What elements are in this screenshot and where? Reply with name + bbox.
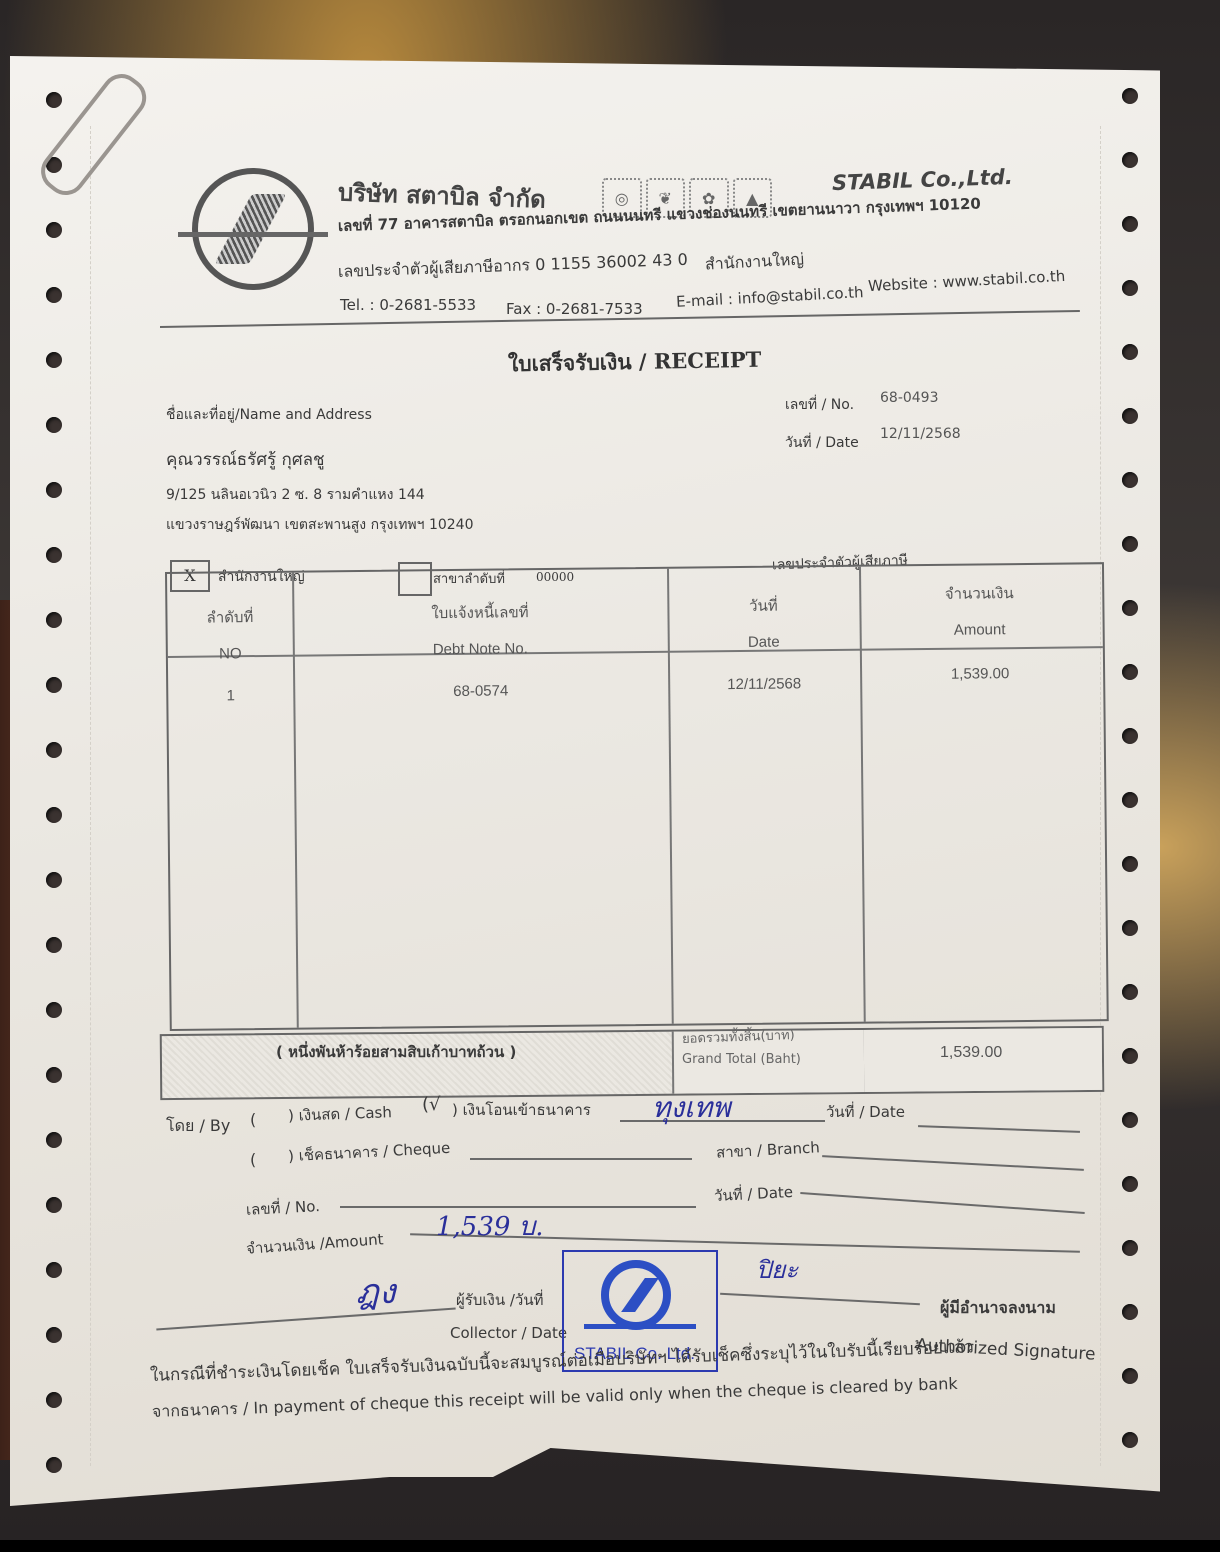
tractor-hole [1122, 1432, 1138, 1448]
tractor-hole [46, 222, 62, 238]
tractor-hole [1122, 280, 1138, 296]
debt-note-table: ลำดับที่ NO ใบแจ้งหนี้เลขที่ Debt Note N… [165, 562, 1109, 1031]
tractor-hole [46, 547, 62, 563]
tractor-hole [46, 92, 62, 108]
tractor-hole [46, 742, 62, 758]
tractor-hole [1122, 1112, 1138, 1128]
row-1-no: 1 [168, 687, 293, 705]
by-label: โดย / By [166, 1114, 230, 1139]
tractor-hole [46, 872, 62, 888]
tractor-hole [46, 1327, 62, 1343]
row-1-date: 12/11/2568 [668, 675, 860, 694]
grand-total-label-en: Grand Total (Baht) [682, 1052, 801, 1067]
tractor-hole [1122, 1048, 1138, 1064]
tractor-hole [1122, 1368, 1138, 1384]
col-divider [292, 573, 299, 1028]
col-header-no-en: NO [168, 645, 293, 663]
tractor-hole [1122, 472, 1138, 488]
tractor-hole [46, 1067, 62, 1083]
tractor-hole [46, 482, 62, 498]
col-header-debt-en: Debt Note No. [293, 639, 668, 660]
cash-label: ) เงินสด / Cash [288, 1100, 393, 1128]
transfer-checkbox[interactable]: (√ [422, 1094, 441, 1115]
tractor-hole [1122, 216, 1138, 232]
tractor-hole [46, 287, 62, 303]
cash-checkbox[interactable]: ( [250, 1110, 256, 1129]
company-logo-icon [192, 168, 314, 290]
name-address-label: ชื่อและที่อยู่/Name and Address [166, 404, 372, 426]
row-1-amount: 1,539.00 [860, 664, 1100, 684]
receipt-date-label: วันที่ / Date [785, 432, 859, 454]
tractor-hole [46, 677, 62, 693]
tractor-hole [46, 1262, 62, 1278]
tractor-hole [1122, 856, 1138, 872]
tractor-hole [46, 1132, 62, 1148]
tractor-hole [1122, 984, 1138, 1000]
col-header-amount-th: จำนวนเงิน [859, 580, 1099, 607]
tractor-hole [46, 417, 62, 433]
customer-address-line2: แขวงราษฎร์พัฒนา เขตสะพานสูง กรุงเทพฯ 102… [166, 514, 474, 536]
collector-signature: ฎง [356, 1264, 395, 1318]
transfer-label: ) เงินโอนเข้าธนาคาร [452, 1098, 591, 1122]
col-header-amount-en: Amount [860, 620, 1100, 640]
col-header-debt-th: ใบแจ้งหนี้เลขที่ [292, 599, 667, 627]
tractor-hole [46, 1392, 62, 1408]
collector-label-en: Collector / Date [450, 1324, 567, 1342]
grand-total-value: 1,539.00 [940, 1044, 1002, 1062]
tractor-hole [1122, 536, 1138, 552]
receipt-no-value: 68-0493 [880, 390, 939, 406]
tractor-hole [46, 1002, 62, 1018]
tractor-hole [1122, 344, 1138, 360]
authorized-label-th: ผู้มีอำนาจลงนาม [940, 1296, 1056, 1321]
cheque-field-line[interactable] [470, 1158, 692, 1160]
tractor-hole [1122, 1304, 1138, 1320]
customer-name: คุณวรรณ์ธรัศรู้ กุศลชู [166, 446, 325, 473]
tractor-hole [46, 1457, 62, 1473]
amount-in-words: ( หนึ่งพันห้าร้อยสามสิบเก้าบาทถ้วน ) [276, 1040, 516, 1064]
grand-total-label-th: ยอดรวมทั้งสิ้น(บาท) [682, 1024, 795, 1049]
tractor-hole [46, 352, 62, 368]
col-header-no-th: ลำดับที่ [167, 605, 292, 630]
amount-handwritten[interactable]: 1,539 บ. [436, 1206, 543, 1247]
tractor-hole [46, 807, 62, 823]
logo-s-mark [214, 194, 286, 264]
tractor-hole [1122, 600, 1138, 616]
transfer-date-label: วันที่ / Date [826, 1100, 905, 1124]
tractor-hole [1122, 152, 1138, 168]
cheque-date-label: วันที่ / Date [713, 1180, 793, 1208]
bottom-bar [0, 1540, 1220, 1552]
receipt-title: ใบเสร็จรับเงิน / RECEIPT [508, 344, 762, 381]
tractor-hole [1122, 728, 1138, 744]
receipt-no-label: เลขที่ / No. [785, 394, 854, 416]
collector-label-th: ผู้รับเงิน /วันที่ [456, 1288, 543, 1312]
stamp-logo-icon [601, 1260, 671, 1330]
col-header-date-en: Date [668, 633, 860, 652]
row-1-debt-note: 68-0574 [293, 681, 668, 702]
tractor-hole [1122, 408, 1138, 424]
company-fax: Fax : 0-2681-7533 [506, 300, 643, 318]
authorized-signature: ปิยะ [756, 1250, 798, 1289]
bank-handwritten[interactable]: ทุงเทพ [652, 1086, 731, 1130]
tractor-hole [1122, 1176, 1138, 1192]
stamp-bar [584, 1324, 696, 1329]
customer-address-line1: 9/125 นลินอเวนิว 2 ซ. 8 รามคำแหง 144 [166, 484, 425, 506]
tractor-hole [1122, 1240, 1138, 1256]
tractor-hole [1122, 88, 1138, 104]
tractor-hole [1122, 792, 1138, 808]
company-tel: Tel. : 0-2681-5533 [340, 296, 476, 314]
tractor-hole [46, 612, 62, 628]
col-header-date-th: วันที่ [667, 593, 859, 619]
company-branch-label: สำนักงานใหญ่ [704, 247, 804, 277]
tractor-hole [46, 937, 62, 953]
tractor-hole [1122, 664, 1138, 680]
tractor-hole [46, 1197, 62, 1213]
tractor-hole [1122, 920, 1138, 936]
perforation-left [90, 126, 91, 1466]
logo-bar [178, 232, 328, 237]
cheque-checkbox[interactable]: ( [250, 1150, 256, 1169]
cheque-no-label: เลขที่ / No. [245, 1194, 320, 1222]
receipt-date-value: 12/11/2568 [880, 426, 961, 442]
